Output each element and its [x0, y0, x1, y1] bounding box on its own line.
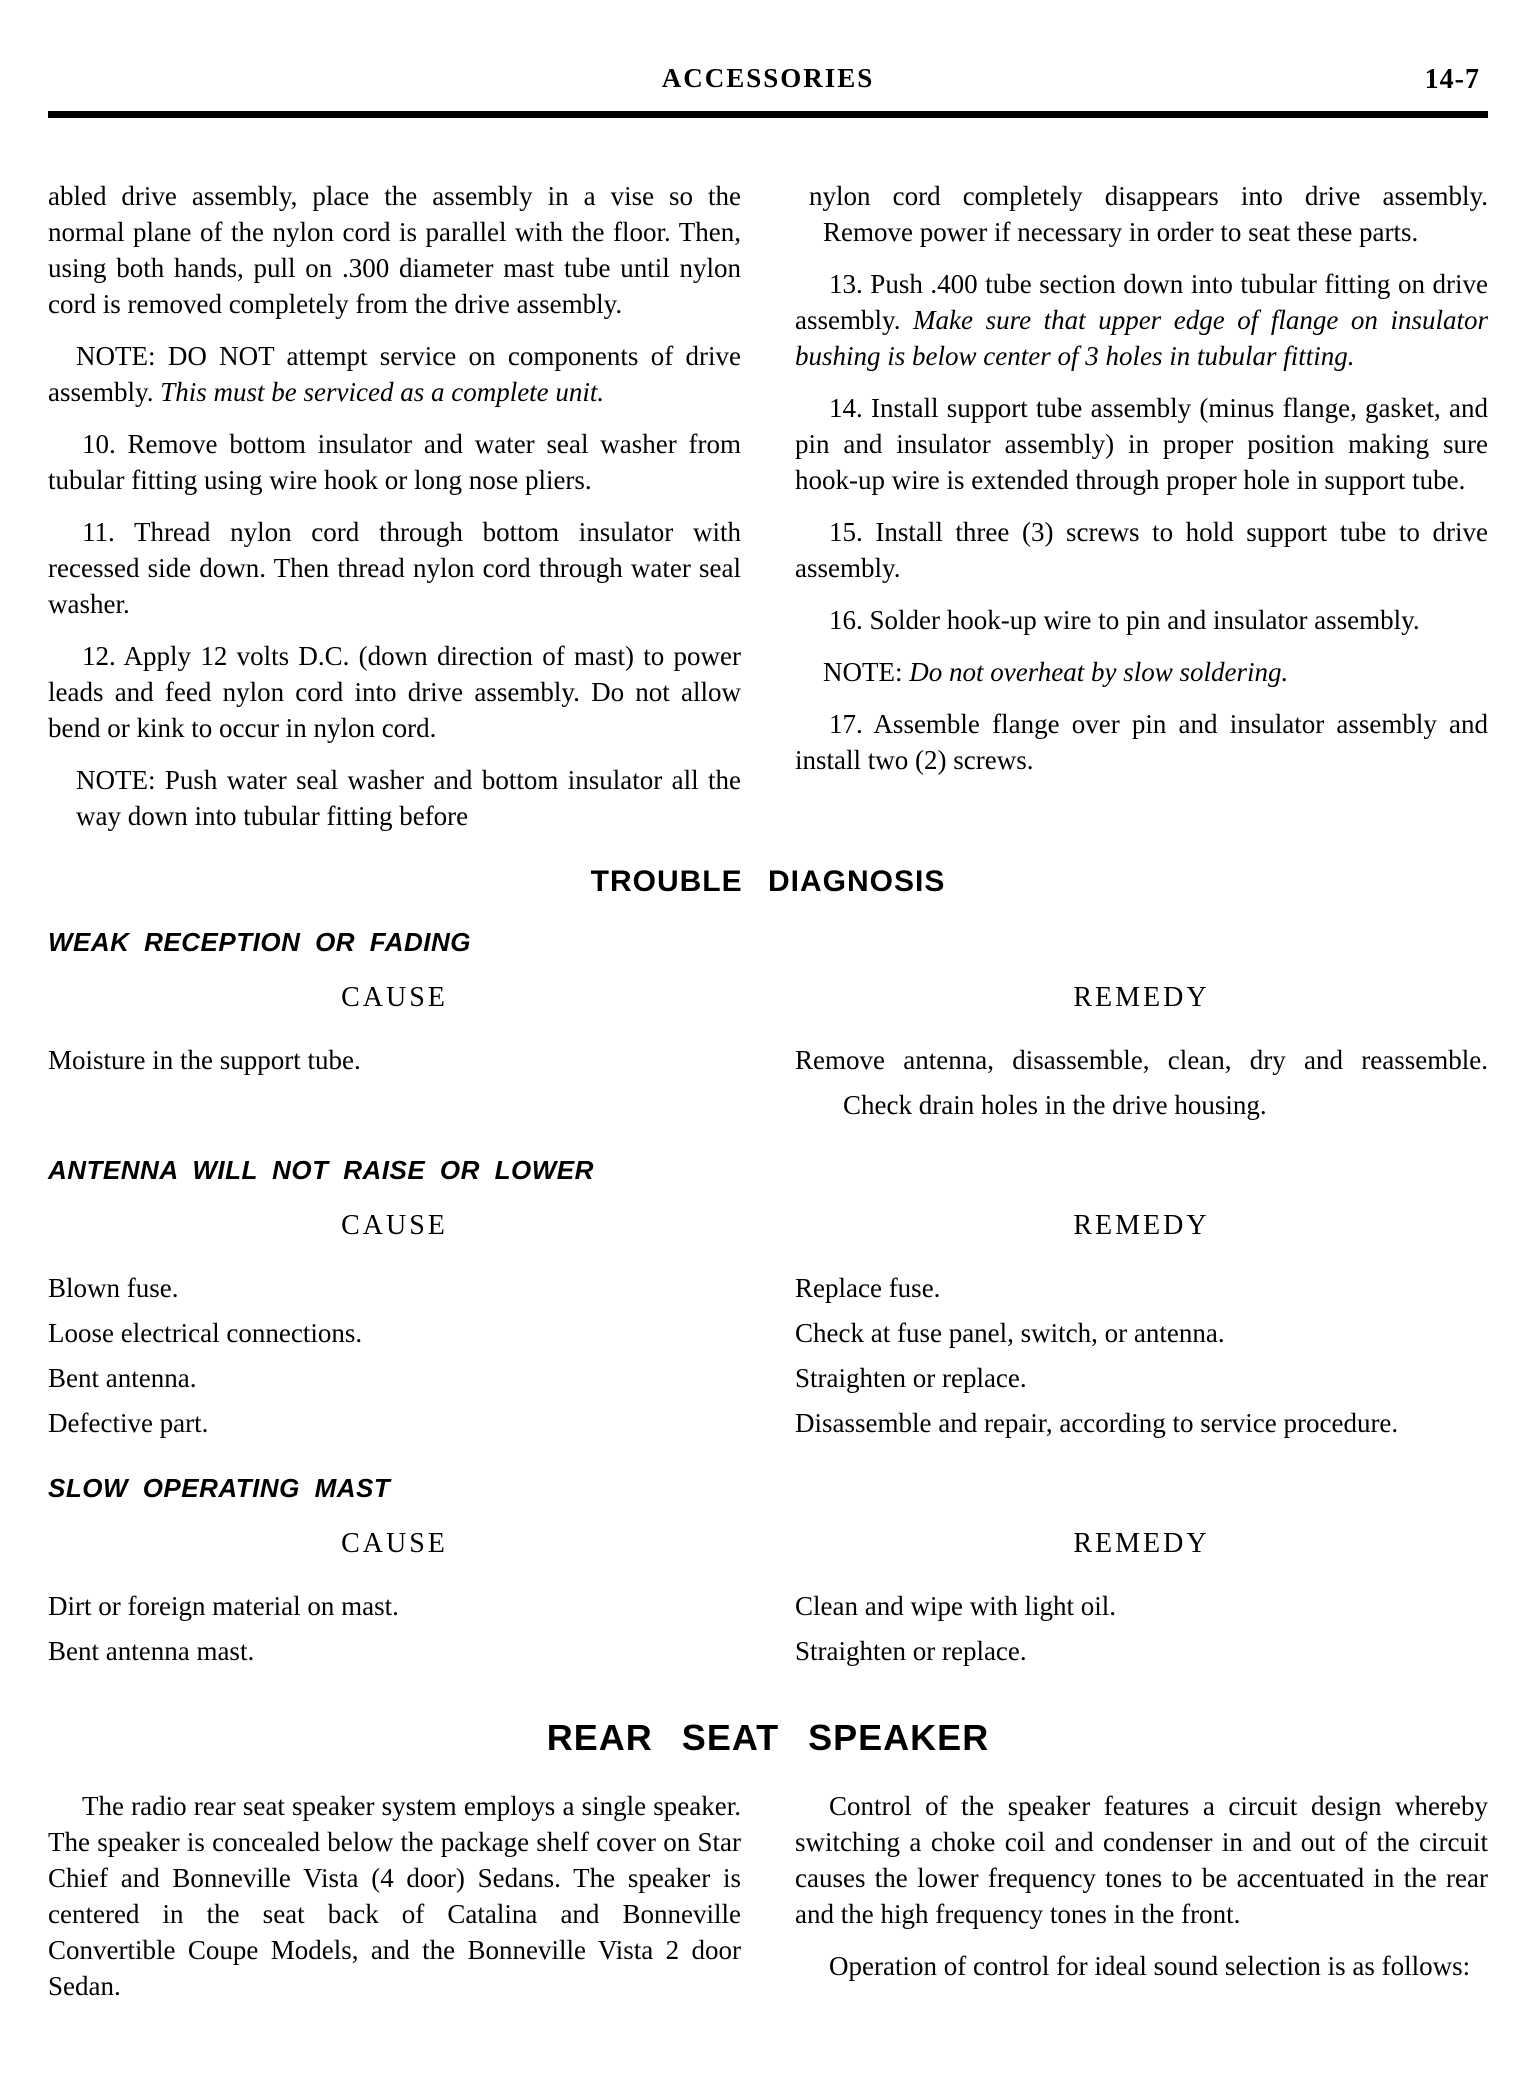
right-column: nylon cord completely disappears into dr…: [795, 178, 1488, 834]
step-paragraph: 15. Install three (3) screws to hold sup…: [795, 514, 1488, 586]
paragraph-text: Operation of control for ideal sound sel…: [829, 1951, 1470, 1981]
cause-item: Bent antenna mast.: [48, 1629, 741, 1674]
remedy-item: Clean and wipe with light oil.: [795, 1584, 1488, 1629]
remedy-list: Remove antenna, disassemble, clean, dry …: [795, 1038, 1488, 1128]
diagnosis-section-slow-mast: SLOW OPERATING MAST CAUSE REMEDY Dirt or…: [48, 1470, 1488, 1674]
step-paragraph: 13. Push .400 tube section down into tub…: [795, 266, 1488, 374]
diagnosis-section-weak-reception: WEAK RECEPTION OR FADING CAUSE REMEDY Mo…: [48, 924, 1488, 1128]
note-paragraph: NOTE: DO NOT attempt service on componen…: [48, 338, 741, 410]
note-italic-text: This must be serviced as a complete unit…: [160, 377, 604, 407]
step-text: 12. Apply 12 volts D.C. (down direction …: [48, 641, 741, 743]
step-paragraph: 16. Solder hook-up wire to pin and insul…: [795, 602, 1488, 638]
cause-remedy-body: Blown fuse. Loose electrical connections…: [48, 1266, 1488, 1446]
rear-seat-speaker-title: REAR SEAT SPEAKER: [48, 1720, 1488, 1756]
cause-item: Moisture in the support tube.: [48, 1038, 741, 1083]
cause-item: Blown fuse.: [48, 1266, 741, 1311]
remedy-item: Disassemble and repair, according to ser…: [795, 1401, 1488, 1446]
remedy-label: REMEDY: [795, 1208, 1488, 1244]
symptom-heading: ANTENNA WILL NOT RAISE OR LOWER: [48, 1152, 1488, 1188]
note-paragraph: NOTE: Do not overheat by slow soldering.: [795, 654, 1488, 690]
symptom-heading: SLOW OPERATING MAST: [48, 1470, 1488, 1506]
cause-list: Moisture in the support tube.: [48, 1038, 741, 1128]
step-text: 11. Thread nylon cord through bottom ins…: [48, 517, 741, 619]
cause-label: CAUSE: [48, 980, 741, 1016]
antenna-service-section: abled drive assembly, place the assembly…: [48, 178, 1488, 834]
symptom-heading: WEAK RECEPTION OR FADING: [48, 924, 1488, 960]
paragraph-text: Control of the speaker features a circui…: [795, 1791, 1488, 1929]
remedy-item: Replace fuse.: [795, 1266, 1488, 1311]
remedy-list: Clean and wipe with light oil. Straighte…: [795, 1584, 1488, 1674]
paragraph: Control of the speaker features a circui…: [795, 1788, 1488, 1932]
step-text: 15. Install three (3) screws to hold sup…: [795, 517, 1488, 583]
note-text: NOTE: Push water seal washer and bottom …: [76, 765, 741, 831]
paragraph: abled drive assembly, place the assembly…: [48, 178, 741, 322]
step-paragraph: 14. Install support tube assembly (minus…: [795, 390, 1488, 498]
paragraph-text: abled drive assembly, place the assembly…: [48, 181, 741, 319]
cause-item: Loose electrical connections.: [48, 1311, 741, 1356]
remedy-label: REMEDY: [795, 1526, 1488, 1562]
step-paragraph: 11. Thread nylon cord through bottom ins…: [48, 514, 741, 622]
note-text: nylon cord completely disappears into dr…: [809, 181, 1488, 247]
right-column: Control of the speaker features a circui…: [795, 1788, 1488, 2004]
paragraph: The radio rear seat speaker system emplo…: [48, 1788, 741, 2004]
trouble-diagnosis-title: TROUBLE DIAGNOSIS: [48, 864, 1488, 900]
diagnosis-section-antenna-raise: ANTENNA WILL NOT RAISE OR LOWER CAUSE RE…: [48, 1152, 1488, 1446]
step-text: 17. Assemble flange over pin and insulat…: [795, 709, 1488, 775]
remedy-label: REMEDY: [795, 980, 1488, 1016]
cause-remedy-body: Dirt or foreign material on mast. Bent a…: [48, 1584, 1488, 1674]
step-paragraph: 10. Remove bottom insulator and water se…: [48, 426, 741, 498]
cause-item: Bent antenna.: [48, 1356, 741, 1401]
remedy-list: Replace fuse. Check at fuse panel, switc…: [795, 1266, 1488, 1446]
page-title: ACCESSORIES: [48, 60, 1488, 96]
cause-list: Dirt or foreign material on mast. Bent a…: [48, 1584, 741, 1674]
left-column: The radio rear seat speaker system emplo…: [48, 1788, 741, 2004]
cause-remedy-labels: CAUSE REMEDY: [48, 1526, 1488, 1562]
remedy-item: Straighten or replace.: [795, 1356, 1488, 1401]
cause-remedy-body: Moisture in the support tube. Remove ant…: [48, 1038, 1488, 1128]
page-number: 14-7: [1425, 62, 1480, 98]
note-italic-text: Do not overheat by slow soldering.: [909, 657, 1288, 687]
header-rule: [48, 111, 1488, 118]
cause-item: Dirt or foreign material on mast.: [48, 1584, 741, 1629]
page-header: ACCESSORIES 14-7: [48, 0, 1488, 104]
step-paragraph: 17. Assemble flange over pin and insulat…: [795, 706, 1488, 778]
step-text: 14. Install support tube assembly (minus…: [795, 393, 1488, 495]
note-text: NOTE:: [823, 657, 909, 687]
note-continuation-paragraph: nylon cord completely disappears into dr…: [823, 178, 1488, 250]
rear-seat-speaker-section: The radio rear seat speaker system emplo…: [48, 1788, 1488, 2004]
paragraph: Operation of control for ideal sound sel…: [795, 1948, 1488, 1984]
cause-remedy-labels: CAUSE REMEDY: [48, 1208, 1488, 1244]
manual-page: ACCESSORIES 14-7 abled drive assembly, p…: [0, 0, 1528, 2089]
remedy-item: Straighten or replace.: [795, 1629, 1488, 1674]
remedy-item: Remove antenna, disassemble, clean, dry …: [795, 1038, 1488, 1128]
cause-item: Defective part.: [48, 1401, 741, 1446]
step-text: 10. Remove bottom insulator and water se…: [48, 429, 741, 495]
paragraph-text: The radio rear seat speaker system emplo…: [48, 1791, 741, 2001]
remedy-item: Check at fuse panel, switch, or antenna.: [795, 1311, 1488, 1356]
note-paragraph: NOTE: Push water seal washer and bottom …: [76, 762, 741, 834]
cause-list: Blown fuse. Loose electrical connections…: [48, 1266, 741, 1446]
cause-label: CAUSE: [48, 1208, 741, 1244]
step-paragraph: 12. Apply 12 volts D.C. (down direction …: [48, 638, 741, 746]
cause-remedy-labels: CAUSE REMEDY: [48, 980, 1488, 1016]
left-column: abled drive assembly, place the assembly…: [48, 178, 741, 834]
cause-label: CAUSE: [48, 1526, 741, 1562]
step-text: 16. Solder hook-up wire to pin and insul…: [829, 605, 1420, 635]
